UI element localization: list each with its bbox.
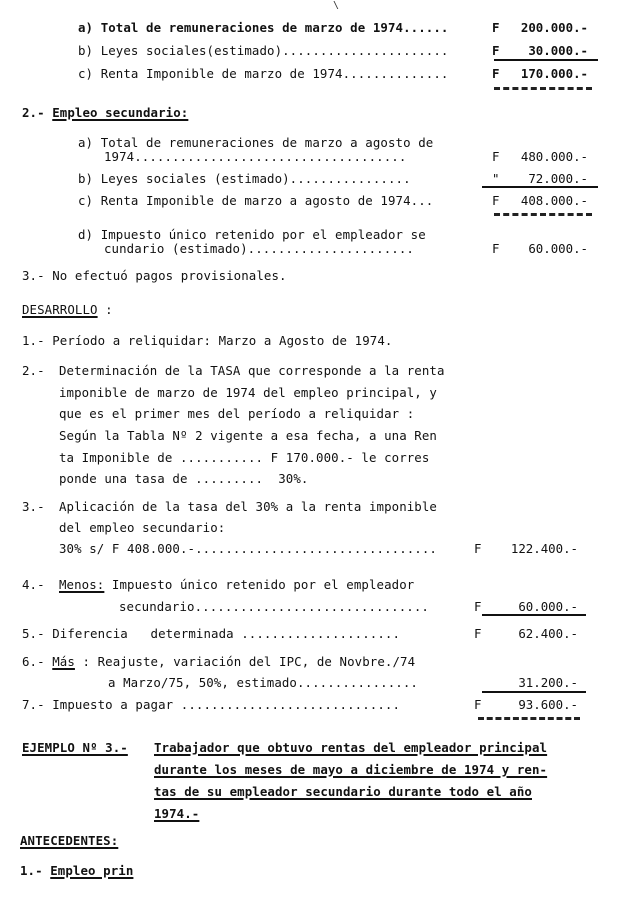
step-3-currency: F: [474, 541, 481, 557]
step-6-line-2: a Marzo/75, 50%, estimado...............…: [108, 675, 418, 691]
total-double-rule-2: [494, 213, 592, 216]
step-2-line-5: ta Imponible de ........... F 170.000.- …: [59, 450, 429, 466]
subtotal-rule-2: [482, 186, 598, 188]
step-4-amount: 60.000.-: [490, 599, 578, 615]
item-1a-currency: F: [492, 20, 499, 36]
item-2d-currency: F: [492, 241, 499, 257]
ejemplo-line-2: durante los meses de mayo a diciembre de…: [154, 762, 547, 778]
step-7-currency: F: [474, 697, 481, 713]
item-2c: c) Renta Imponible de marzo a agosto de …: [78, 193, 433, 209]
section-3: 3.- No efectuó pagos provisionales.: [22, 268, 287, 284]
step-6-amount: 31.200.-: [490, 675, 578, 691]
step-7-amount: 93.600.-: [490, 697, 578, 713]
item-1c: c) Renta Imponible de marzo de 1974.....…: [78, 66, 448, 82]
step-4-line-1: Menos: Impuesto único retenido por el em…: [59, 577, 414, 593]
item-2a-amount: 480.000.-: [500, 149, 588, 165]
step-7: 7.- Impuesto a pagar ...................…: [22, 697, 400, 713]
step-2-line-6: ponde una tasa de ......... 30%.: [59, 471, 308, 487]
step-2-line-4: Según la Tabla Nº 2 vigente a esa fecha,…: [59, 428, 437, 444]
addition-rule: [482, 691, 586, 693]
item-1a: a) Total de remuneraciones de marzo de 1…: [78, 20, 448, 36]
item-2b: b) Leyes sociales (estimado)............…: [78, 171, 411, 187]
item-1c-amount: 170.000.-: [500, 66, 588, 82]
step-3-line-1: Aplicación de la tasa del 30% a la renta…: [59, 499, 437, 515]
subtract-rule: [482, 614, 586, 616]
step-5-currency: F: [474, 626, 481, 642]
step-5-amount: 62.400.-: [490, 626, 578, 642]
step-2-number: 2.-: [22, 363, 45, 379]
desarrollo-heading: DESARROLLO :: [22, 302, 113, 318]
item-2a-currency: F: [492, 149, 499, 165]
item-2d-amount: 60.000.-: [500, 241, 588, 257]
item-1c-currency: F: [492, 66, 499, 82]
step-3-amount: 122.400.-: [490, 541, 578, 557]
ejemplo-label: EJEMPLO Nº 3.-: [22, 740, 128, 756]
final-double-rule: [478, 717, 580, 720]
step-4-currency: F: [474, 599, 481, 615]
total-double-rule: [494, 87, 592, 90]
subtotal-rule: [494, 59, 598, 61]
item-2c-amount: 408.000.-: [500, 193, 588, 209]
scan-mark: \: [333, 0, 339, 11]
antecedentes-item-1: 1.- Empleo prin: [20, 863, 133, 879]
step-3-line-2: del empleo secundario:: [59, 520, 225, 536]
step-2-line-1: Determinación de la TASA que corresponde…: [59, 363, 445, 379]
item-2d-cont: cundario (estimado).....................…: [104, 241, 414, 257]
step-4-number: 4.-: [22, 577, 45, 593]
step-3-number: 3.-: [22, 499, 45, 515]
item-1b-currency: F: [492, 43, 499, 59]
step-2-line-3: que es el primer mes del período a reliq…: [59, 406, 414, 422]
step-3-line-3: 30% s/ F 408.000.-......................…: [59, 541, 437, 557]
document-page: a) Total de remuneraciones de marzo de 1…: [0, 0, 630, 914]
section-2-heading: 2.- Empleo secundario:: [22, 105, 188, 121]
item-1b: b) Leyes sociales(estimado).............…: [78, 43, 448, 59]
ejemplo-line-4: 1974.-: [154, 806, 199, 822]
item-2b-amount: 72.000.-: [500, 171, 588, 187]
step-2-line-2: imponible de marzo de 1974 del empleo pr…: [59, 385, 437, 401]
step-4-line-2: secundario..............................…: [119, 599, 429, 615]
step-1: 1.- Período a reliquidar: Marzo a Agosto…: [22, 333, 392, 349]
step-5: 5.- Diferencia determinada .............…: [22, 626, 400, 642]
ejemplo-line-1: Trabajador que obtuvo rentas del emplead…: [154, 740, 547, 756]
item-2c-currency: F: [492, 193, 499, 209]
step-6-line-1: 6.- Más : Reajuste, variación del IPC, d…: [22, 654, 415, 670]
item-2b-currency: ": [492, 171, 499, 187]
item-1b-amount: 30.000.-: [500, 43, 588, 59]
antecedentes-heading: ANTECEDENTES:: [20, 833, 118, 849]
item-2a-cont: 1974....................................: [104, 149, 406, 165]
ejemplo-line-3: tas de su empleador secundario durante t…: [154, 784, 532, 800]
item-1a-amount: 200.000.-: [500, 20, 588, 36]
